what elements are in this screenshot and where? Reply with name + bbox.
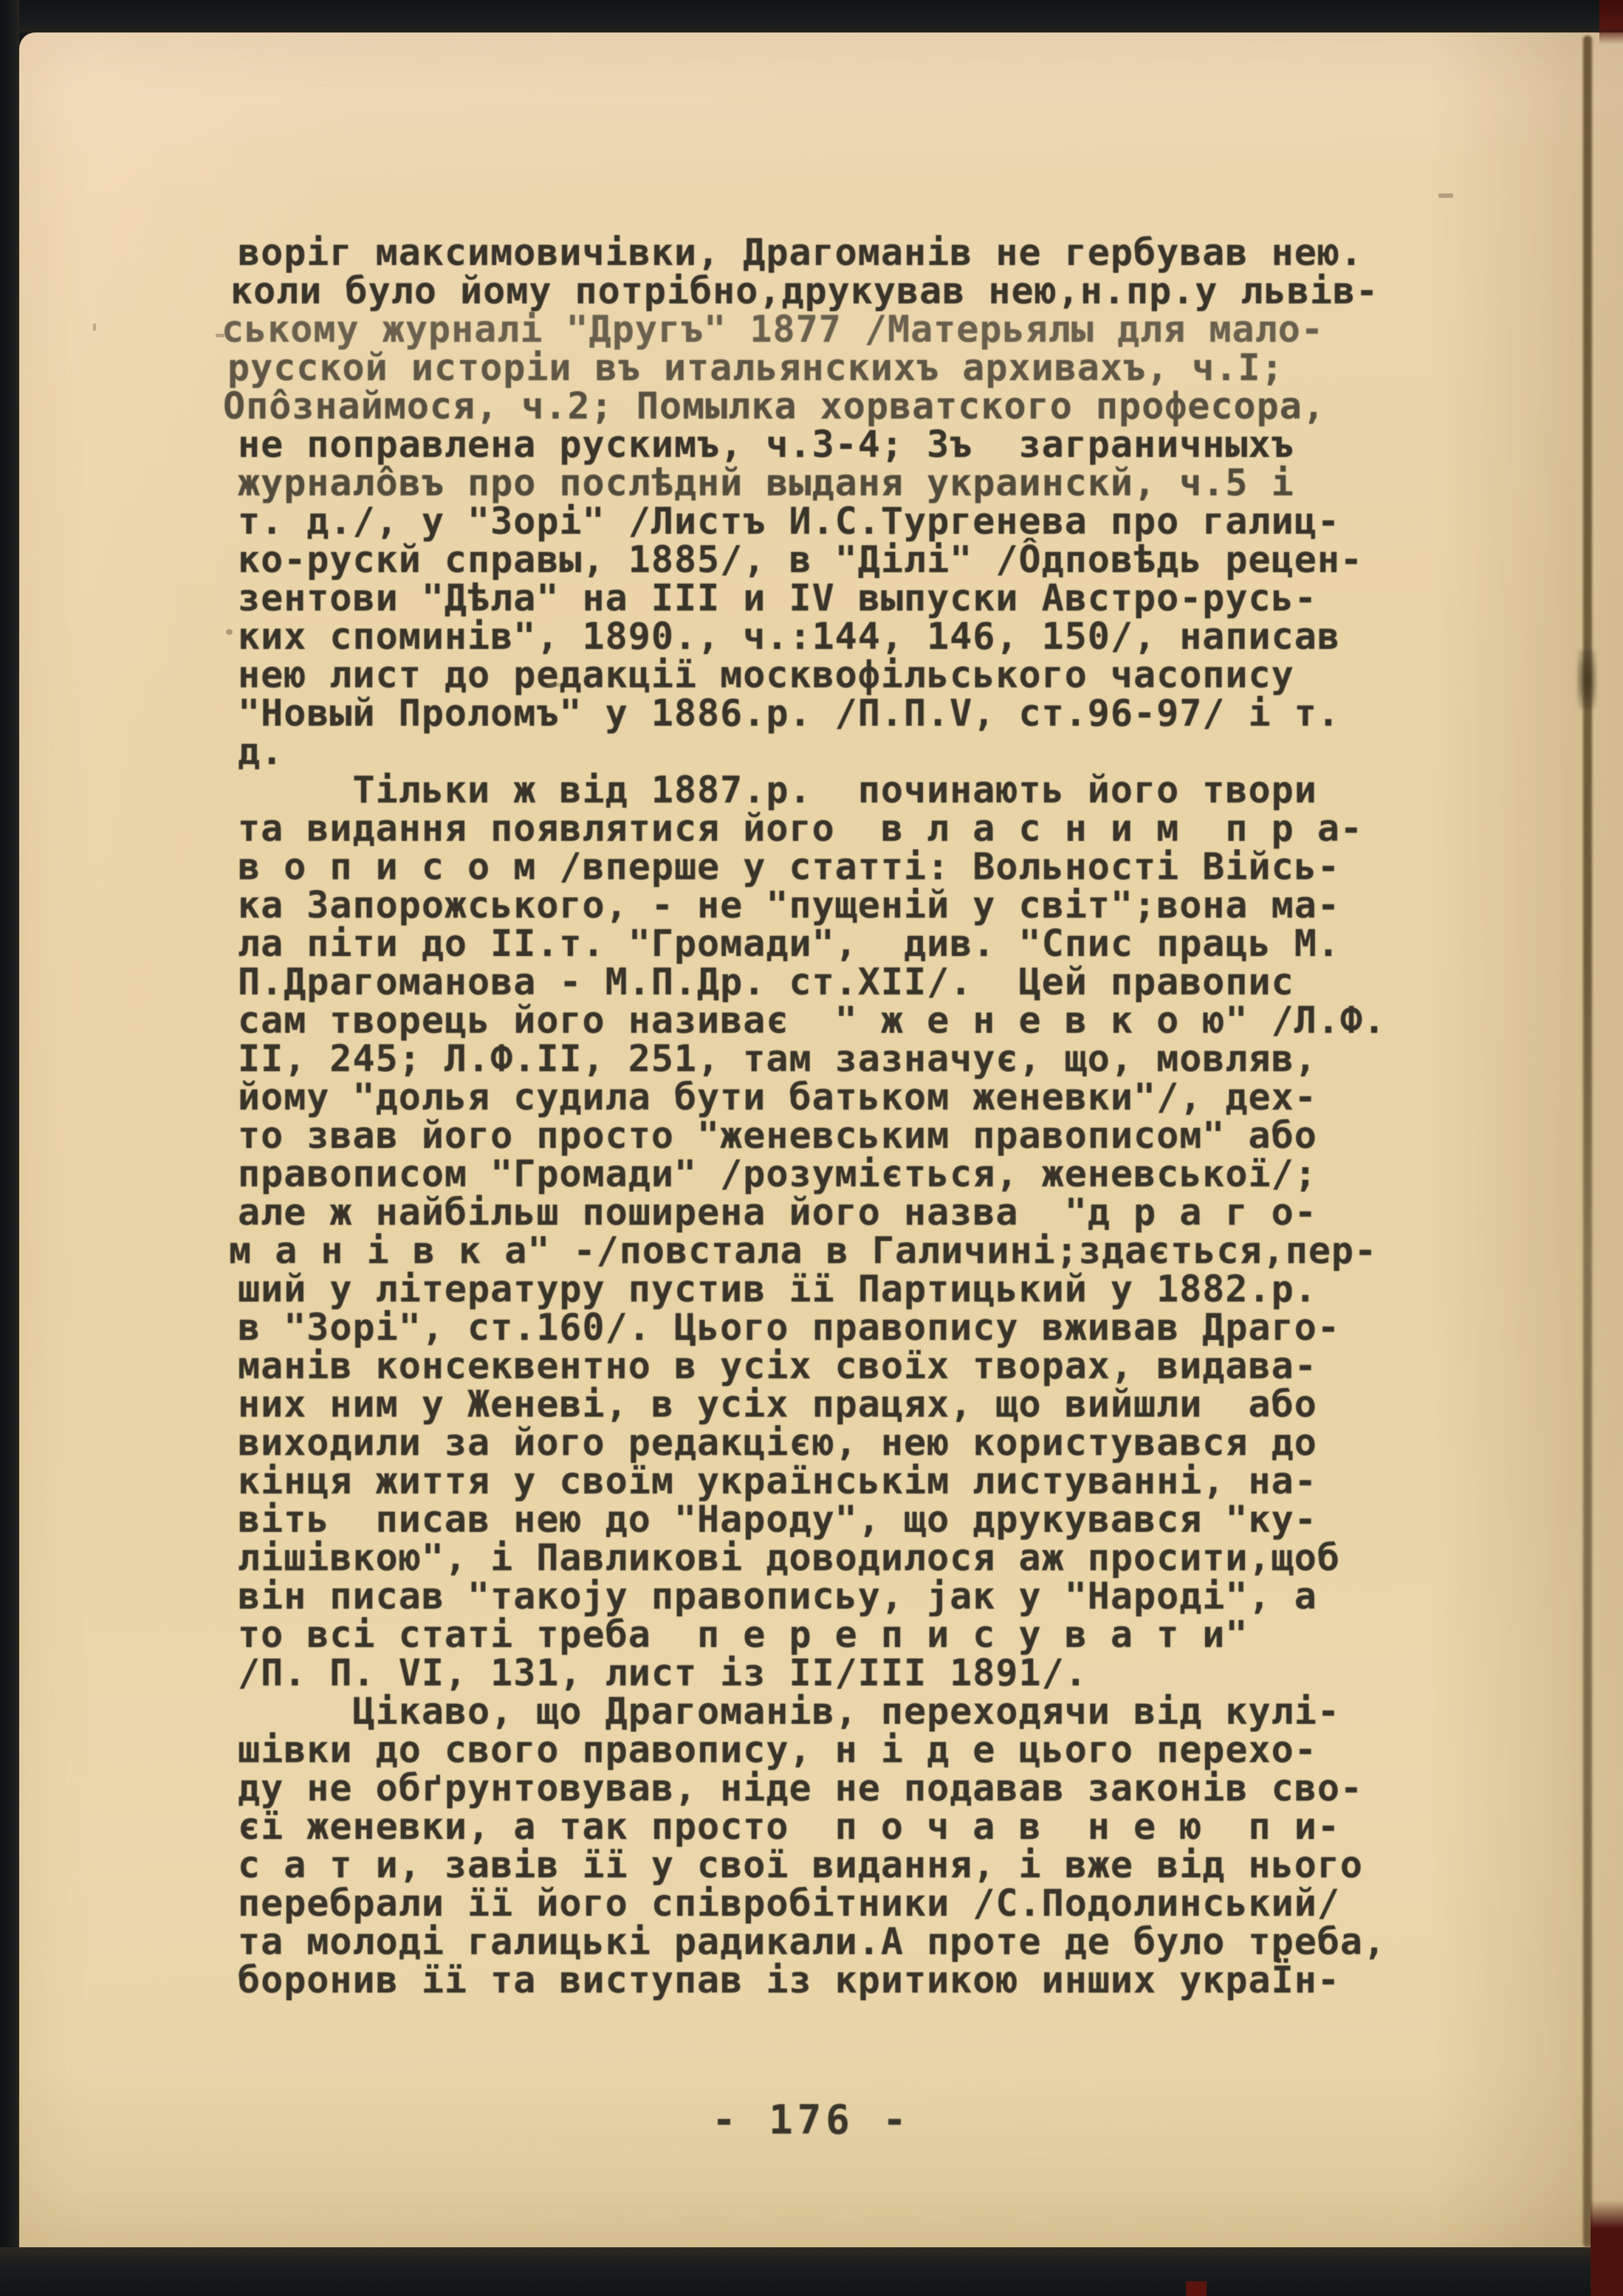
text-line: то звав його просто "женевським правопис… — [238, 1116, 1449, 1155]
scanned-book-page: воріг максимовичівки, Драгоманів не герб… — [0, 0, 1623, 2296]
text-line: кінця життя у своїм українськім листуван… — [238, 1462, 1449, 1500]
text-line: II, 245; Л.Ф.II, 251, там зазначує, що, … — [238, 1039, 1449, 1078]
text-line: ший у літературу пустив її Партицький у … — [238, 1270, 1449, 1308]
paper-speck — [318, 1556, 323, 1561]
binding-crease-blemish — [1577, 650, 1596, 709]
text-line: лішівкою", і Павликові доводилося аж про… — [238, 1539, 1449, 1577]
text-line: русской исторіи въ итальянскихъ архивахъ… — [227, 348, 1449, 387]
text-line: в о п и с о м /вперше у статті: Вольност… — [238, 848, 1449, 886]
text-line: то всі статі треба п е р е п и с у в а т… — [238, 1615, 1449, 1654]
text-line: він писав "такоjу правописьу, jак у "Нар… — [238, 1577, 1449, 1615]
text-line: Цікаво, що Драгоманів, переходячи від ку… — [238, 1692, 1449, 1730]
text-line: коли було йому потрібно,друкував нею,н.п… — [230, 272, 1449, 310]
text-line: м а н і в к а" -/повстала в Галичині;зда… — [229, 1231, 1449, 1270]
text-line: віть писав нею до "Народу", що друкувавс… — [238, 1500, 1449, 1539]
text-line: виходили за його редакцією, нею користув… — [238, 1423, 1449, 1462]
paper-speck — [216, 334, 224, 337]
paper-speck — [1438, 193, 1453, 198]
text-line: та видання появлятися його в л а с н и м… — [238, 809, 1449, 848]
text-line: д. — [238, 732, 1449, 771]
paper-speck — [93, 323, 96, 331]
paper-speck — [548, 683, 560, 687]
text-line: т. д./, у "Зорі" /Листъ И.С.Тургенева пр… — [238, 502, 1449, 540]
text-line: в "Зорі", ст.160/. Цього правопису вжива… — [238, 1308, 1449, 1347]
text-line: воріг максимовичівки, Драгоманів не герб… — [238, 233, 1449, 272]
text-line: журналôвъ про послѣднй выданя украинскй,… — [238, 464, 1449, 502]
text-line: с а т и, завів її у свої видання, і вже … — [238, 1846, 1449, 1884]
text-line: ському журналі "Другъ" 1877 /Матерьялы д… — [222, 310, 1449, 348]
scan-edge-top — [0, 0, 1623, 32]
text-line: "Новый Проломъ" у 1886.р. /П.П.V, ст.96-… — [238, 694, 1449, 732]
spine-edge-mark — [1186, 2281, 1207, 2296]
text-line: не поправлена рускимъ, ч.3-4; Зъ заграни… — [238, 425, 1449, 464]
spine-edge-top — [1599, 0, 1623, 44]
text-line: але ж найбільш поширена його назва "д р … — [238, 1193, 1449, 1231]
text-line: зентови "Дѣла" на III и IV выпуски Австр… — [238, 579, 1449, 617]
text-line: ко-рускй справы, 1885/, в "Ділі" /Ôдповѣ… — [238, 540, 1449, 579]
spine-edge-bottom — [1591, 2200, 1623, 2296]
typewritten-text: воріг максимовичівки, Драгоманів не герб… — [238, 233, 1449, 1999]
text-line: сам творець його називає " ж е н е в к о… — [238, 1001, 1449, 1039]
text-line: /П. П. VI, 131, лист із II/III 1891/. — [238, 1654, 1449, 1692]
text-line: перебрали її його співробітники /С.Подол… — [238, 1884, 1449, 1922]
text-line: Тільки ж від 1887.р. починають його твор… — [238, 771, 1449, 809]
text-line: ла піти до II.т. "Громади", див. "Спис п… — [238, 924, 1449, 963]
text-line: ка Запорожського, - не "пущеній у світ";… — [238, 886, 1449, 924]
text-line: ких споминів", 1890., ч.:144, 146, 150/,… — [238, 617, 1449, 656]
text-line: П.Драгоманова - М.П.Др. ст.XII/. Цей пра… — [238, 963, 1449, 1001]
text-line: правописом "Громади" /розуміється, женев… — [238, 1155, 1449, 1193]
text-line: йому "долья судила бути батьком женевки"… — [238, 1078, 1449, 1116]
text-line: Опôзнаймося, ч.2; Помылка хорватского пр… — [223, 387, 1449, 425]
scan-edge-left — [0, 0, 19, 2296]
scan-edge-bottom — [0, 2247, 1623, 2296]
text-line: та молоді галицькі радикали.А проте де б… — [238, 1922, 1449, 1961]
text-line: шівки до свого правопису, н і д е цього … — [238, 1730, 1449, 1769]
text-line: боронив її та виступав із критикою инших… — [238, 1961, 1449, 1999]
paper-speck — [226, 629, 233, 635]
text-line: нею лист до редакції москвофільського ча… — [238, 656, 1449, 694]
page-number: - 176 - — [0, 2097, 1623, 2143]
text-line: манів консеквентно в усіх своїх творах, … — [238, 1347, 1449, 1385]
text-line: них ним у Женеві, в усіх працях, що вийш… — [238, 1385, 1449, 1423]
binding-crease — [1583, 35, 1592, 2247]
text-line: єї женевки, а так просто п о ч а в н е ю… — [238, 1807, 1449, 1846]
text-line: ду не обґрунтовував, ніде не подавав зак… — [238, 1769, 1449, 1807]
